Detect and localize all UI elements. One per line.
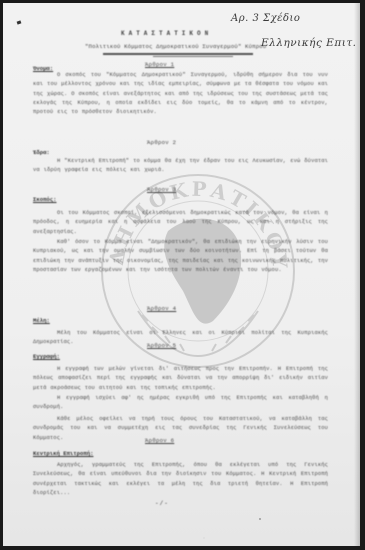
article-6-paragraph: Αρχηγός, γραμματεύς της Επιτροπής, όπου … (33, 461, 328, 498)
article-5-paragraph-2: Η εγγραφή ισχύει αφ' ης ημέρας εγκριθή υ… (33, 394, 328, 413)
article-4-paragraph: Μέλη του Κόμματος είναι οι Έλληνες και ο… (33, 329, 328, 348)
article-3-paragraph-1: Οι του Κόμματος σκοποί, εξελισσόμενοι δη… (33, 209, 328, 237)
article-5-header: Άρθρον 5 (147, 342, 176, 349)
title-rule (103, 53, 253, 55)
article-1-header: Άρθρον 1 (145, 61, 174, 68)
article-5-paragraph-3: Κάθε μέλος οφείλει να τηρή τους όρους το… (33, 415, 328, 443)
title-rule-secondary (153, 56, 233, 57)
article-1-paragraph: Ο σκοπός του "Κόμματος Δημοκρατικού" Συν… (33, 71, 328, 117)
article-3-label: Σκοπός: (33, 196, 57, 203)
article-3-paragraph-2: Καθ' όσον το Κόμμα είναι "Δημοκρατικόν",… (33, 238, 328, 275)
continuation-mark: -/- (155, 500, 169, 507)
article-5-paragraph-1: Η εγγραφή των μελών γίνεται δι' αιτήσεως… (33, 365, 328, 393)
article-3-header: Άρθρον 3 (147, 186, 176, 193)
article-2-header: Άρθρον 2 (147, 139, 176, 146)
document-subtitle: "Πολιτικού Κόμματος Δημοκρατικού Συναγερ… (85, 43, 266, 50)
document-title: ΚΑΤΑΣΤΑΤΙΚΟΝ (121, 30, 212, 37)
article-5-label: Εγγραφή: (33, 353, 60, 360)
handwritten-side-note: Ελληνικής Επιτ. (261, 37, 357, 49)
article-2-label: Έδρα: (33, 149, 50, 156)
paper-speck (259, 518, 261, 520)
corner-mark (17, 20, 22, 24)
article-6-label: Κεντρική Επιτροπή: (33, 450, 93, 457)
article-2-paragraph: Η "Κεντρική Επιτροπή" το κόμμα θα έχη τη… (33, 157, 328, 176)
document-page: ΔΗΜΟΚΡΑΤΙΚΟΥ ΣΥΝΑΓΕΡΜΟΥ Αρ. 3 Σχέδιο Ελλ… (3, 3, 360, 546)
handwritten-top-note: Αρ. 3 Σχέδιο (231, 13, 300, 24)
article-4-header: Άρθρον 4 (147, 305, 176, 312)
article-6-header: Άρθρον 6 (145, 437, 174, 444)
paper-speck (203, 537, 205, 539)
article-4-label: Μέλη: (33, 317, 50, 324)
